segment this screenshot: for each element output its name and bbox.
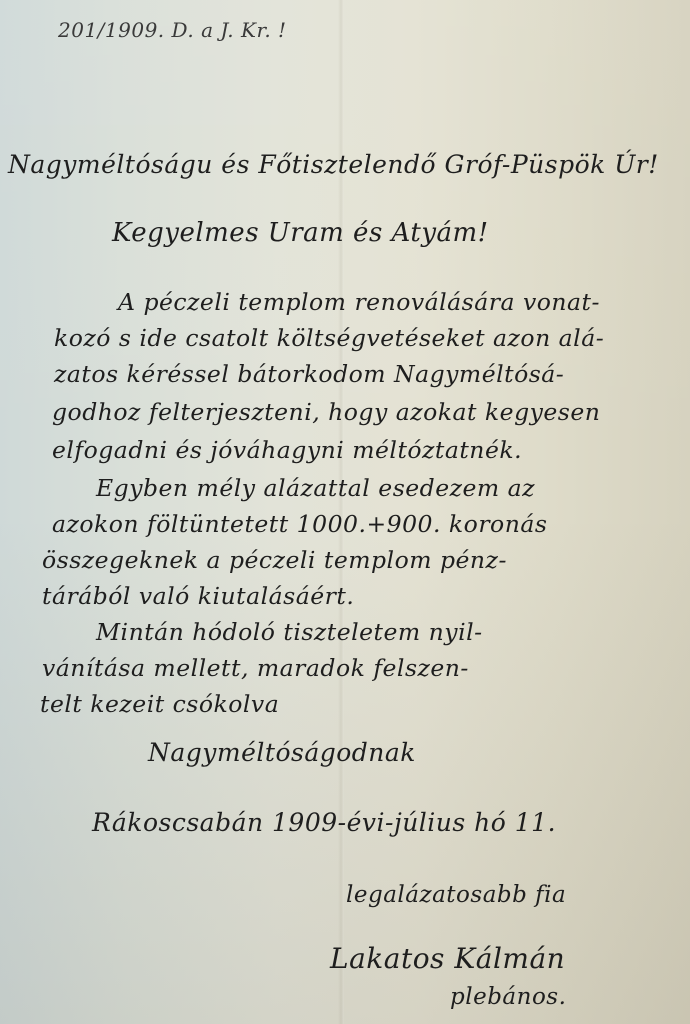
salutation-line-2: Kegyelmes Uram és Atyám!: [112, 218, 489, 248]
body-line: azokon föltüntetett 1000.+900. koronás: [52, 510, 547, 538]
body-line: zatos kéréssel bátorkodom Nagyméltósá-: [54, 360, 564, 388]
body-line: összegeknek a péczeli templom pénz-: [42, 546, 507, 574]
body-line: Egyben mély alázattal esedezem az: [96, 474, 535, 502]
body-line: A péczeli templom renoválására vonat-: [118, 288, 600, 316]
body-line: Mintán hódoló tiszteletem nyil-: [96, 618, 483, 646]
body-line: telt kezeit csókolva: [40, 690, 279, 718]
body-line: kozó s ide csatolt költségvetéseket azon…: [54, 324, 604, 352]
signature: Lakatos Kálmán: [330, 942, 565, 975]
body-line: elfogadni és jóváhagyni méltóztatnék.: [52, 436, 522, 464]
body-line: tárából való kiutalásáért.: [42, 582, 354, 610]
salutation-line-1: Nagyméltóságu és Főtisztelendő Gróf-Püsp…: [8, 150, 659, 179]
reference-number: 201/1909. D. a J. Kr. !: [58, 18, 287, 42]
sign-off: legalázatosabb fia: [346, 882, 566, 908]
place-and-date: Rákoscsabán 1909-évi-július hó 11.: [92, 808, 556, 837]
body-line: vánítása mellett, maradok felszen-: [42, 654, 469, 682]
signatory-title: plebános.: [450, 984, 566, 1010]
closing-phrase: Nagyméltóságodnak: [148, 738, 416, 767]
body-line: godhoz felterjeszteni, hogy azokat kegye…: [52, 398, 600, 426]
